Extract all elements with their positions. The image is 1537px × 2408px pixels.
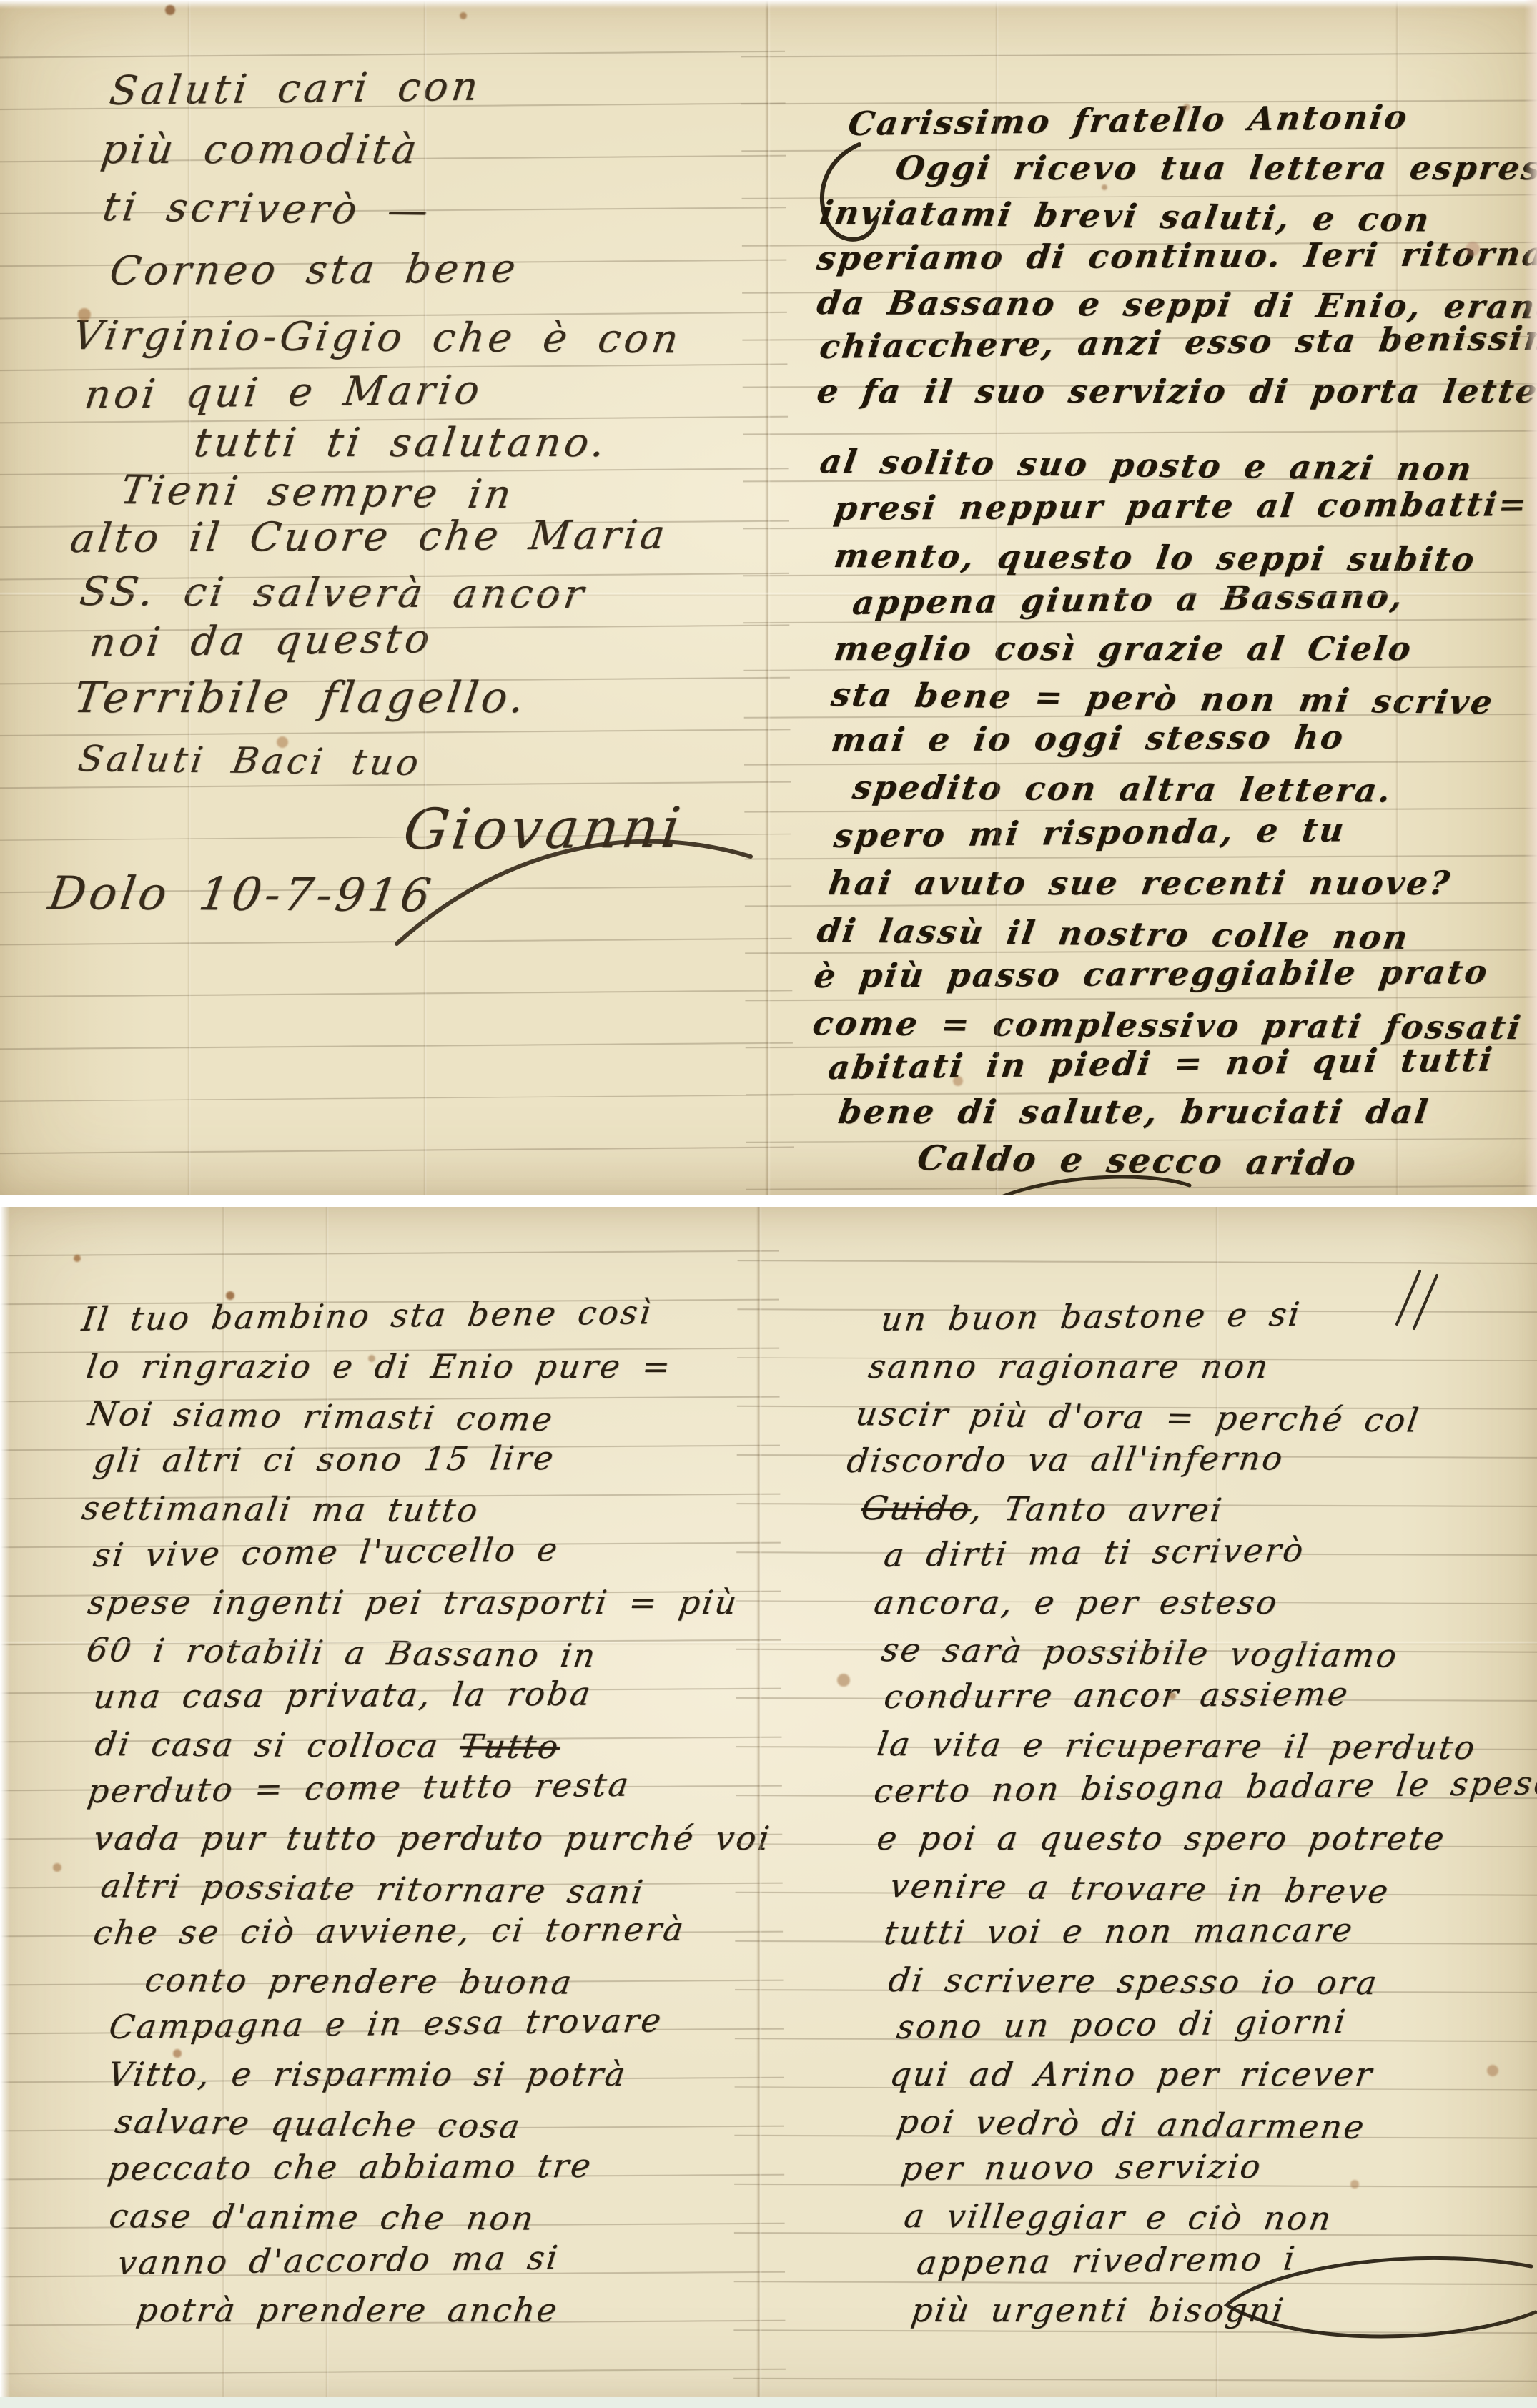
handwriting-line: bene di salute, bruciati dal (836, 1095, 1432, 1128)
handwriting-line: Noi siamo rimasti come (86, 1397, 556, 1436)
handwriting-line: Il tuo bambino sta bene così (80, 1296, 654, 1336)
handwriting-line: a villeggiar e ciò non (902, 2199, 1335, 2235)
handwriting-line: di casa si colloca Tutto (93, 1727, 563, 1763)
handwriting-line: venire a trovare in breve (888, 1869, 1393, 1908)
handwriting-line: Saluti Baci tuo (76, 741, 425, 781)
handwriting-line: Vitto, e risparmio si potrà (106, 2058, 629, 2091)
handwriting-line: che se ciò avviene, ci tornerà (92, 1913, 688, 1949)
handwriting-line: spese ingenti pei trasporti = più (86, 1586, 741, 1619)
handwriting-line: Oggi ricevo tua lettera espresso (894, 152, 1537, 184)
handwriting-line: è più passo carreggiabile prato (812, 955, 1491, 992)
handwriting-line: uscir più d'ora = perché col (854, 1397, 1423, 1437)
handwriting-line: salvare qualche cosa (113, 2105, 524, 2143)
handwriting-line: qui ad Arino per ricever (888, 2058, 1375, 2091)
handwriting-line: a dirti ma ti scriverò (882, 1534, 1307, 1571)
handwriting-line: lo ringrazio e di Enio pure = (84, 1350, 674, 1383)
handwriting-line: tutti voi e non mancare (882, 1913, 1356, 1949)
handwriting-line: Virginio-Gigio che è con (70, 316, 684, 360)
handwriting-line: spedito con altra lettera. (851, 771, 1395, 807)
handwriting-line: chiacchere, anzi esso sta benissimo (818, 321, 1537, 363)
handwriting-line: più comodità (99, 130, 422, 170)
handwriting-line: vada pur tutto perduto purché voi (92, 1822, 774, 1855)
handwriting-line: Terribile flagello. (71, 676, 530, 719)
handwriting-line: Guido, Tanto avrei (859, 1491, 1226, 1526)
handwriting-line: speriamo di continuo. Ieri ritornai (815, 237, 1537, 275)
handwriting-line: al solito suo posto e anzi non (818, 445, 1476, 485)
handwriting-line: potrà prendere anche (134, 2294, 561, 2326)
handwriting-line: Corneo sta bene (107, 249, 521, 292)
handwriting-line: di lassù il nostro colle non (815, 914, 1412, 954)
handwriting-line: Dolo 10-7-916 (46, 871, 437, 919)
handwriting-line: ancora, e per esteso (872, 1586, 1281, 1619)
handwriting-line: un buon bastone e si (879, 1298, 1303, 1336)
handwriting-line: sono un poco di giorni (895, 2005, 1349, 2043)
scan-sheet-top: Saluti cari conpiù comoditàti scriverò —… (0, 0, 1537, 1195)
handwriting-line: se sarà possibile vogliamo (879, 1633, 1401, 1672)
handwriting-line: poi vedrò di andarmene (895, 2105, 1368, 2143)
handwriting-line: per nuovo servizio (899, 2150, 1265, 2185)
handwriting-line: inviatami brevi saluti, e con (818, 196, 1433, 236)
handwriting-line: ti scriverò — (100, 187, 435, 232)
handwriting-line: Saluti cari con (107, 67, 483, 112)
handwriting-line: sanno ragionare non (866, 1350, 1272, 1383)
handwriting-line: Campagna e in essa trovare (107, 2003, 665, 2043)
handwriting-line: settimanali ma tutto (80, 1491, 482, 1526)
handwriting-line: peccato che abbiamo tre (106, 2149, 595, 2185)
handwriting-line: noi da questo (87, 619, 435, 663)
handwriting-line: come = complessivo prati fossati (811, 1007, 1525, 1044)
handwriting-line: meglio così grazie al Cielo (832, 632, 1415, 665)
handwriting-line: la vita e ricuperare il perduto (875, 1727, 1479, 1764)
page-bottom-right: un buon bastone e sisanno ragionare nonu… (759, 1207, 1537, 2397)
handwriting-line: certo non bisogna badare le spese (872, 1766, 1537, 1807)
handwriting-line: presi neppur parte al combatti= (832, 488, 1531, 525)
handwriting-line: perduto = come tutto resta (86, 1768, 633, 1807)
page-bottom-left: Il tuo bambino sta bene cosìlo ringrazio… (0, 1207, 759, 2397)
handwriting-line: tutti ti salutano. (192, 423, 611, 463)
handwriting-line: case d'anime che non (107, 2199, 538, 2235)
handwriting-line: mai e io oggi stesso ho (829, 721, 1347, 756)
handwriting-line: si vive come l'uccello e (92, 1533, 561, 1571)
ink-flourish-hatch (1388, 1263, 1445, 1334)
letter-scan-canvas: Saluti cari conpiù comoditàti scriverò —… (0, 0, 1537, 2408)
handwriting-line: Tieni sempre in (118, 470, 517, 515)
handwriting-line: appena rivedremo i (915, 2241, 1298, 2279)
page-top-right: Carissimo fratello AntonioOggi ricevo tu… (766, 0, 1537, 1195)
handwriting-line: discordo va all'inferno (845, 1441, 1287, 1477)
handwriting-line: Caldo e secco arido (915, 1141, 1360, 1180)
handwriting-line: abitati in piedi = noi qui tutti (826, 1043, 1496, 1084)
scan-sheet-bottom: Il tuo bambino sta bene cosìlo ringrazio… (0, 1207, 1537, 2397)
handwriting-line: SS. ci salverà ancor (77, 572, 590, 615)
handwriting-line: da Bassano e seppi di Enio, erano (815, 286, 1537, 323)
handwriting-line: di scrivere spesso io ora (886, 1963, 1381, 1999)
handwriting-line: vanno d'accordo ma si (116, 2241, 561, 2279)
handwriting-line: gli altri ci sono 15 lire (92, 1441, 558, 1477)
handwriting-line: sta bene = però non mi scrive (829, 678, 1496, 719)
handwriting-line: Carissimo fratello Antonio (846, 100, 1410, 140)
handwriting-line: noi qui e Mario (82, 370, 485, 415)
handwriting-line: alto il Cuore che Maria (68, 515, 671, 559)
handwriting-line: altri possiate ritornare sani (99, 1869, 647, 1908)
handwriting-line: mento, questo lo seppi subito (832, 539, 1478, 576)
page-top-left: Saluti cari conpiù comoditàti scriverò —… (0, 0, 766, 1195)
scan-bottom-edge-strip (0, 2397, 1537, 2408)
handwriting-line: hai avuto sue recenti nuove? (826, 867, 1453, 899)
handwriting-line: conto prendere buona (143, 1963, 575, 1999)
handwriting-line: e poi a questo spero potrete (875, 1822, 1448, 1855)
handwriting-line: una casa privata, la roba (92, 1677, 594, 1713)
handwriting-line: 60 i rotabili a Bassano in (84, 1633, 599, 1672)
handwriting-line: spero mi risponda, e tu (832, 813, 1348, 852)
handwriting-line: e fa il suo servizio di porta lettere (815, 375, 1537, 408)
handwriting-line: condurre ancor assieme (882, 1677, 1352, 1713)
handwriting-line: appena giunto a Bassano, (851, 580, 1406, 619)
handwriting-line: più urgenti bisogni (909, 2294, 1288, 2326)
handwriting-line: Giovanni (400, 801, 687, 858)
